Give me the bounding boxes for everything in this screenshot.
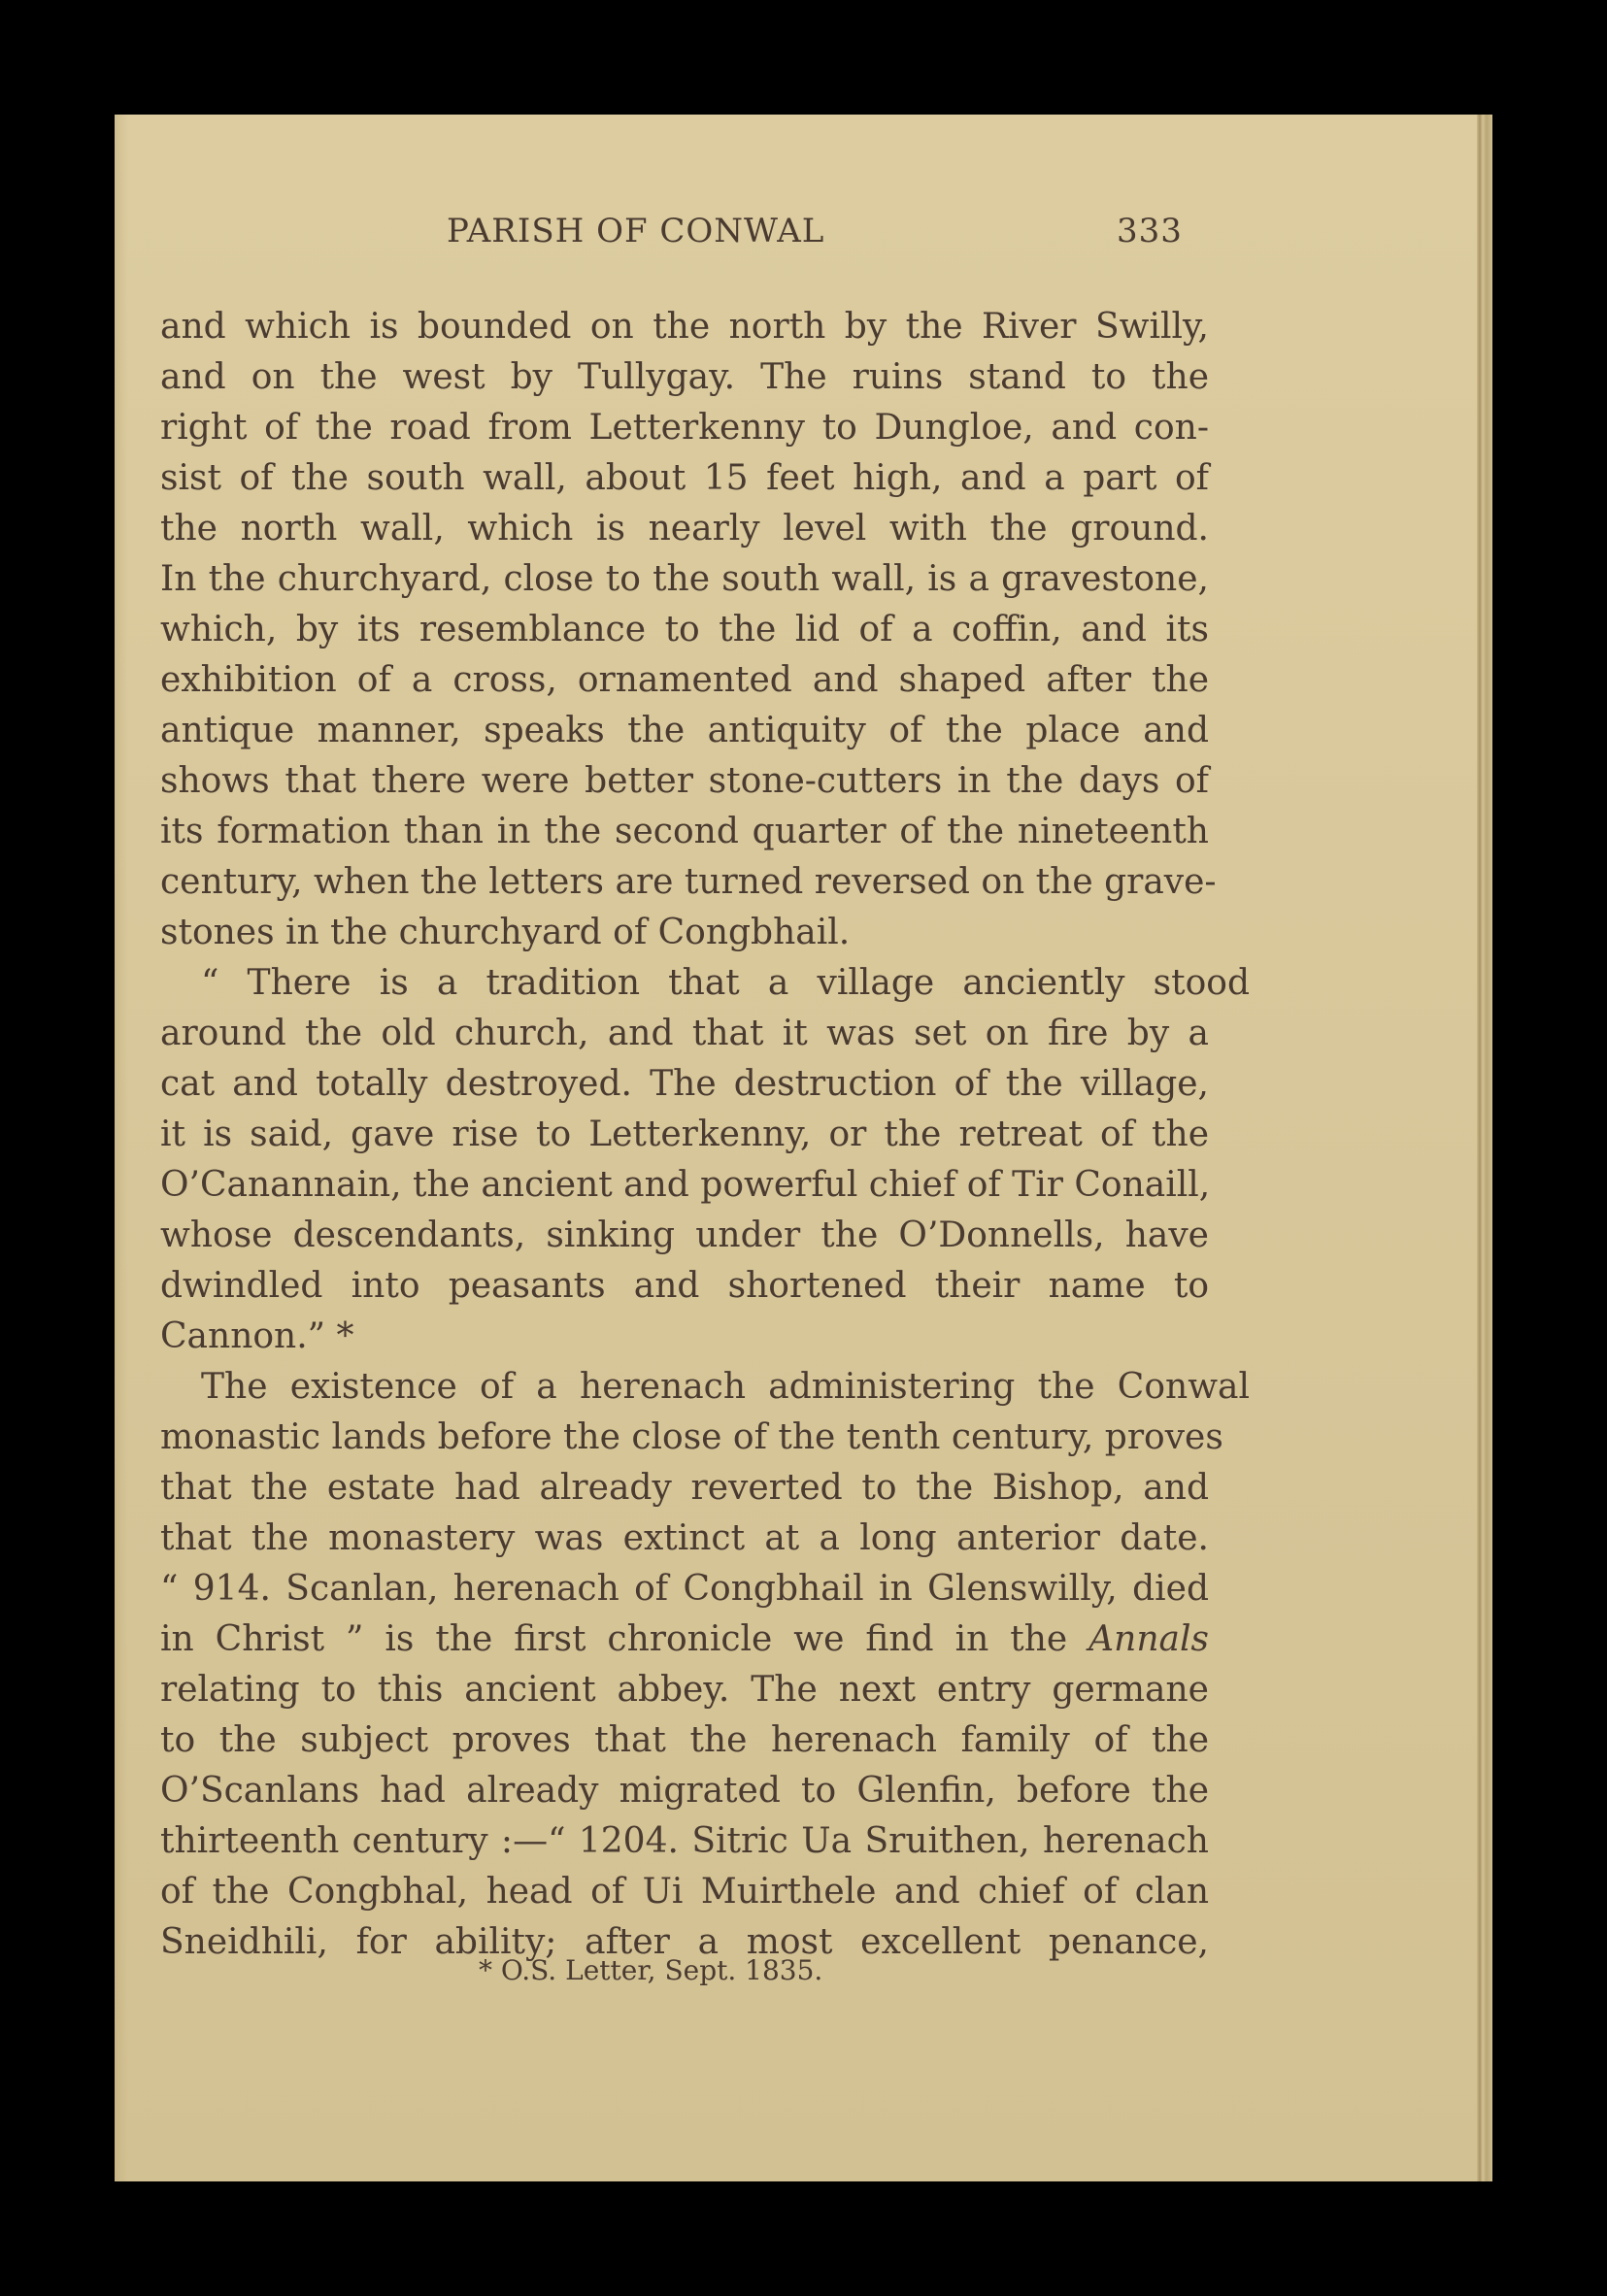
text-line: O’Scanlans had already migrated to Glenf… <box>160 1766 1209 1816</box>
text-line: dwindled into peasants and shortened the… <box>160 1261 1209 1312</box>
text-line: of the Congbhal, head of Ui Muirthele an… <box>160 1867 1209 1917</box>
text-fragment: in Christ ” is the first chronicle we fi… <box>160 1619 1067 1659</box>
text-line: it is said, gave rise to Letterkenny, or… <box>160 1110 1209 1160</box>
text-line: relating to this ancient abbey. The next… <box>160 1665 1209 1715</box>
text-line: In the churchyard, close to the south wa… <box>160 554 1209 605</box>
text-line: cat and totally destroyed. The destructi… <box>160 1059 1209 1110</box>
text-line: that the estate had already reverted to … <box>160 1463 1209 1514</box>
text-line: monastic lands before the close of the t… <box>160 1413 1209 1463</box>
text-line: “ 914. Scanlan, herenach of Congbhail in… <box>160 1564 1209 1614</box>
text-line: its formation than in the second quarter… <box>160 807 1209 857</box>
page-number: 333 <box>1117 212 1183 250</box>
running-title: PARISH OF CONWAL <box>447 212 824 250</box>
text-line: antique manner, speaks the antiquity of … <box>160 706 1209 756</box>
text-line: in Christ ” is the first chronicle we fi… <box>160 1614 1209 1665</box>
text-line: “ There is a tradition that a village an… <box>160 958 1250 1009</box>
page-edge <box>1477 115 1492 2181</box>
text-line: which, by its resemblance to the lid of … <box>160 605 1209 655</box>
book-page: PARISH OF CONWAL 333 and which is bounde… <box>115 115 1492 2181</box>
text-line: around the old church, and that it was s… <box>160 1009 1209 1059</box>
text-line: stones in the churchyard of Congbhail. <box>160 908 1209 958</box>
text-line: The existence of a herenach administerin… <box>160 1362 1250 1413</box>
text-line: and on the west by Tullygay. The ruins s… <box>160 352 1209 403</box>
text-line: the north wall, which is nearly level wi… <box>160 504 1209 554</box>
text-line: and which is bounded on the north by the… <box>160 302 1209 352</box>
running-head: PARISH OF CONWAL 333 <box>115 212 1492 260</box>
text-line: sist of the south wall, about 15 feet hi… <box>160 453 1209 504</box>
text-line: O’Canannain, the ancient and powerful ch… <box>160 1160 1209 1211</box>
italic-title: Annals <box>1088 1619 1209 1659</box>
text-line: century, when the letters are turned rev… <box>160 857 1209 908</box>
text-line: right of the road from Letterkenny to Du… <box>160 403 1209 453</box>
text-line: that the monastery was extinct at a long… <box>160 1514 1209 1564</box>
text-line: exhibition of a cross, ornamented and sh… <box>160 655 1209 706</box>
text-line: thirteenth century :—“ 1204. Sitric Ua S… <box>160 1816 1209 1867</box>
body-text: and which is bounded on the north by the… <box>160 302 1325 1968</box>
text-line: whose descendants, sinking under the O’D… <box>160 1211 1209 1261</box>
text-line: to the subject proves that the herenach … <box>160 1715 1209 1766</box>
footnote: * O.S. Letter, Sept. 1835. <box>479 1954 822 1986</box>
text-line: shows that there were better stone-cutte… <box>160 756 1209 807</box>
text-line: Cannon.” * <box>160 1312 1209 1362</box>
